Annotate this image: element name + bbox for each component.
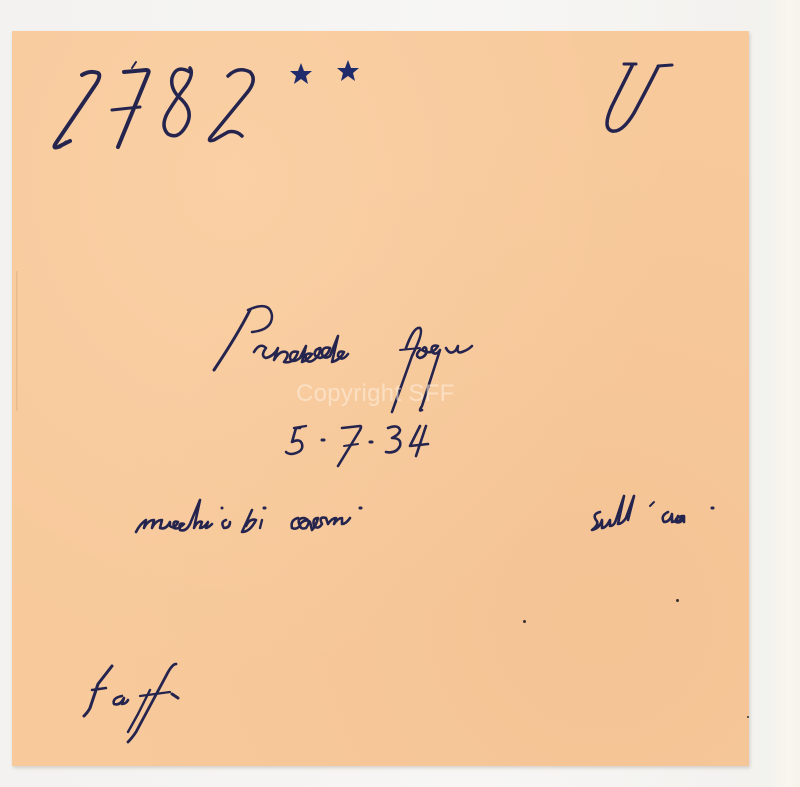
copyright-watermark: Copyright SFF xyxy=(296,380,455,408)
